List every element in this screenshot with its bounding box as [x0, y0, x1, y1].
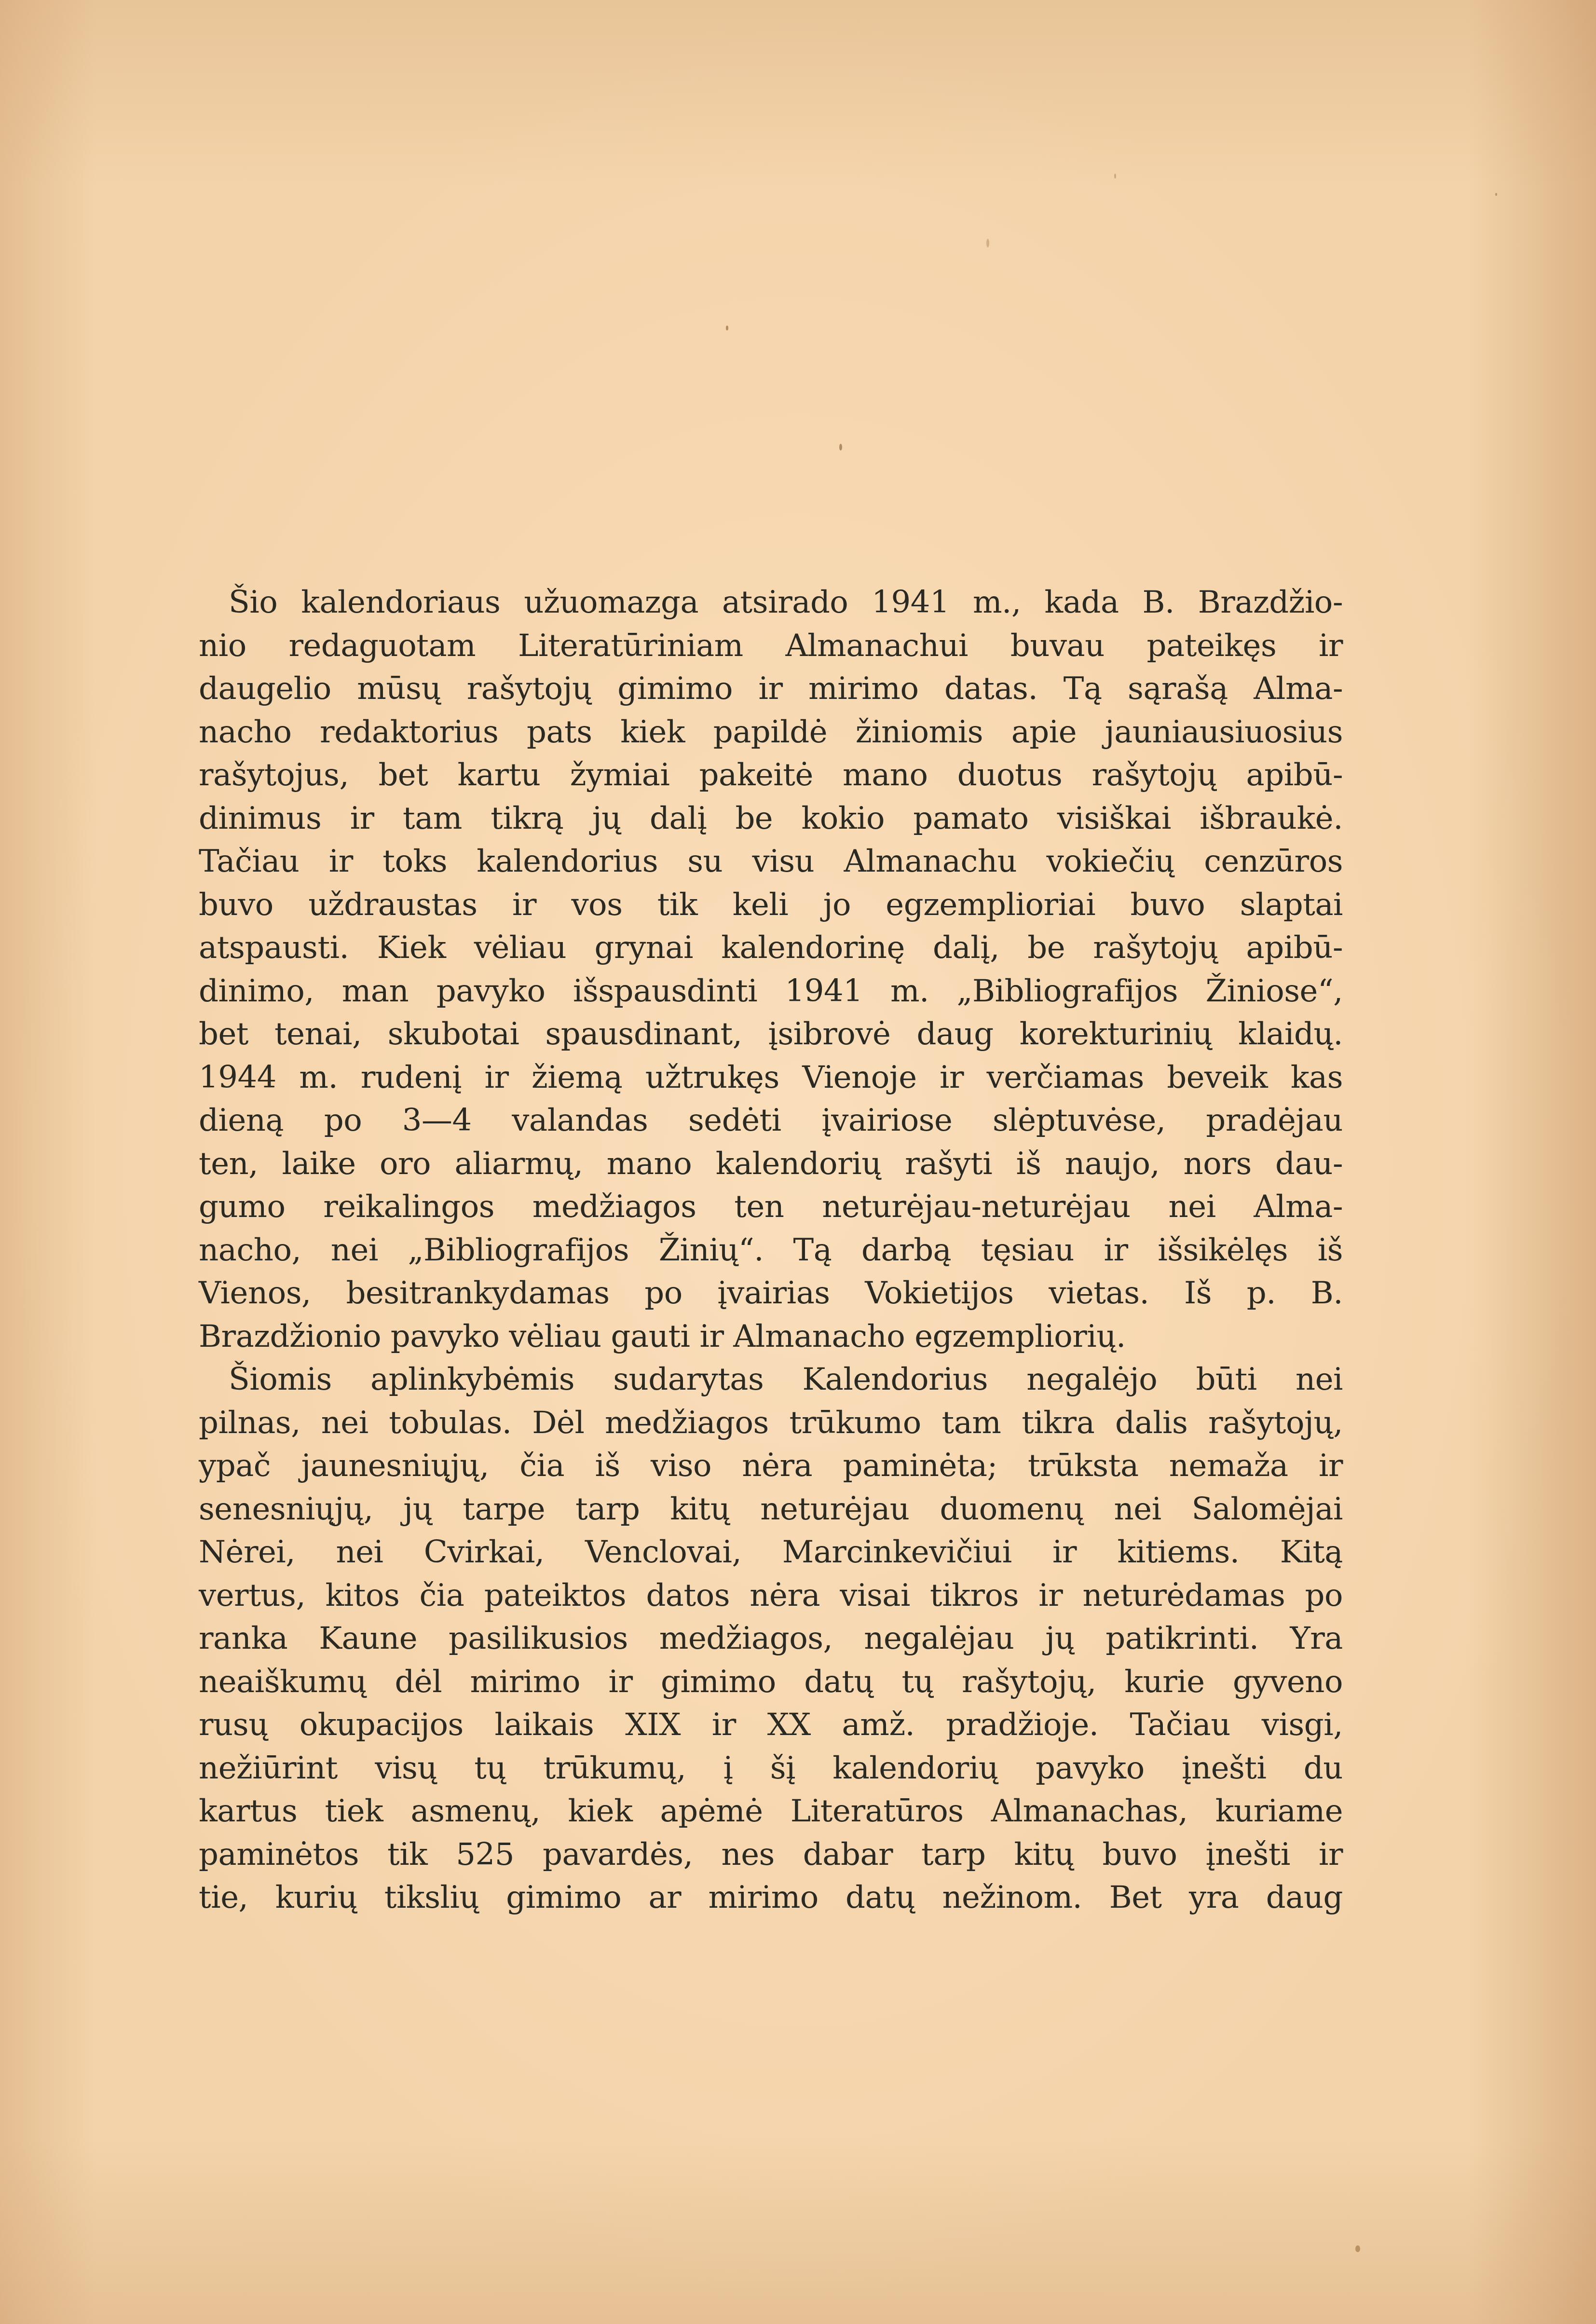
text-line: neaiškumų dėl mirimo ir gimimo datų tų r…	[199, 1661, 1343, 1704]
paragraph-2: Šiomis aplinkybėmis sudarytas Kalendoriu…	[199, 1358, 1343, 1920]
text-line: ypač jaunesniųjų, čia iš viso nėra pamin…	[199, 1445, 1343, 1488]
text-line: Tačiau ir toks kalendorius su visu Alman…	[199, 840, 1343, 884]
text-line: Brazdžionio pavyko vėliau gauti ir Alman…	[199, 1315, 1343, 1359]
text-line: nacho redaktorius pats kiek papildė žini…	[199, 711, 1343, 754]
paper-speck	[1495, 193, 1497, 196]
body-text: Šio kalendoriaus užuomazga atsirado 1941…	[199, 581, 1343, 1920]
text-line: atspausti. Kiek vėliau grynai kalendorin…	[199, 927, 1343, 970]
text-line: kartus tiek asmenų, kiek apėmė Literatūr…	[199, 1790, 1343, 1833]
text-line: ten, laike oro aliarmų, mano kalendorių …	[199, 1143, 1343, 1186]
paper-speck	[986, 239, 989, 247]
text-line: nio redaguotam Literatūriniam Almanachui…	[199, 625, 1343, 668]
text-line: gumo reikalingos medžiagos ten neturėjau…	[199, 1186, 1343, 1229]
text-line: daugelio mūsų rašytojų gimimo ir mirimo …	[199, 668, 1343, 711]
text-line: dinimus ir tam tikrą jų dalį be kokio pa…	[199, 797, 1343, 841]
text-line: nacho, nei „Bibliografijos Žinių“. Tą da…	[199, 1229, 1343, 1272]
scanned-page: Šio kalendoriaus užuomazga atsirado 1941…	[0, 0, 1596, 2324]
text-line: nežiūrint visų tų trūkumų, į šį kalendor…	[199, 1747, 1343, 1791]
text-line: ranka Kaune pasilikusios medžiagos, nega…	[199, 1617, 1343, 1661]
text-line: dieną po 3—4 valandas sedėti įvairiose s…	[199, 1099, 1343, 1143]
text-line: Vienos, besitrankydamas po įvairias Voki…	[199, 1272, 1343, 1315]
text-line: pilnas, nei tobulas. Dėl medžiagos trūku…	[199, 1402, 1343, 1445]
text-line: rusų okupacijos laikais XIX ir XX amž. p…	[199, 1704, 1343, 1747]
text-line: Nėrei, nei Cvirkai, Venclovai, Marcinkev…	[199, 1531, 1343, 1574]
text-line: rašytojus, bet kartu žymiai pakeitė mano…	[199, 754, 1343, 797]
paper-speck	[726, 326, 728, 330]
paper-speck	[1114, 174, 1116, 178]
text-line: dinimo, man pavyko išspausdinti 1941 m. …	[199, 970, 1343, 1013]
text-line: senesniųjų, jų tarpe tarp kitų neturėjau…	[199, 1488, 1343, 1531]
text-line: Šio kalendoriaus užuomazga atsirado 1941…	[199, 581, 1343, 625]
text-line: tie, kurių tikslių gimimo ar mirimo datų…	[199, 1876, 1343, 1920]
paragraph-1: Šio kalendoriaus užuomazga atsirado 1941…	[199, 581, 1343, 1358]
paper-speck	[1355, 2245, 1360, 2252]
paper-speck	[839, 444, 842, 451]
text-line: paminėtos tik 525 pavardės, nes dabar ta…	[199, 1833, 1343, 1877]
text-line: Šiomis aplinkybėmis sudarytas Kalendoriu…	[199, 1358, 1343, 1402]
text-line: buvo uždraustas ir vos tik keli jo egzem…	[199, 884, 1343, 927]
text-line: 1944 m. rudenį ir žiemą užtrukęs Vienoje…	[199, 1056, 1343, 1100]
text-line: bet tenai, skubotai spausdinant, įsibrov…	[199, 1013, 1343, 1056]
text-line: vertus, kitos čia pateiktos datos nėra v…	[199, 1574, 1343, 1618]
